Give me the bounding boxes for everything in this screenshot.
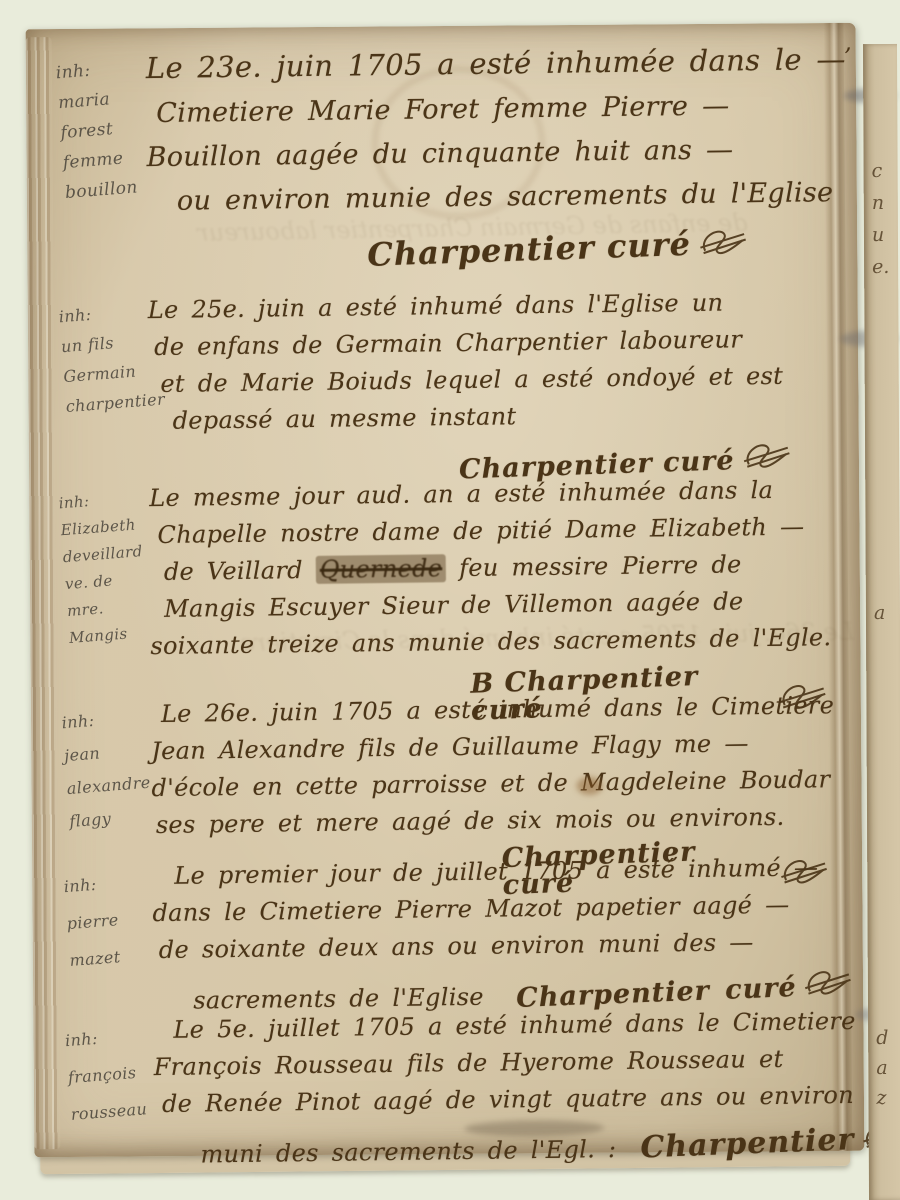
- margin-note: inh: jean alexandre flagy: [60, 699, 162, 838]
- margin-note: inh: un fils Germain charpentier: [58, 295, 159, 422]
- facing-page-text-fragment: a: [876, 1059, 887, 1078]
- entry-line: Jean Alexandre fils de Guillaume Flagy m…: [151, 730, 827, 763]
- facing-page-text-fragment: d: [876, 1029, 888, 1048]
- entry-line: et de Marie Boiuds lequel a esté ondoyé …: [148, 363, 824, 396]
- paraph-flourish-icon: [740, 439, 790, 477]
- entry-line: ses pere et mere aagé de six mois ou env…: [152, 804, 828, 837]
- entry-line: Le 23e. juin 1705 a esté inhumée dans le…: [146, 45, 822, 83]
- entry-line: de enfans de Germain Charpentier laboure…: [148, 326, 824, 359]
- entry-line-fragment: feu messire Pierre de: [446, 550, 742, 582]
- margin-note: inh: françois rousseau: [64, 1015, 164, 1133]
- facing-page-text-fragment: n: [872, 194, 884, 213]
- paraph-flourish-icon: [697, 226, 747, 264]
- photo-backdrop: { "document": { "type": "handwritten par…: [0, 0, 900, 1200]
- entry-text: Le 5e. juillet 1705 a esté inhumé dans l…: [153, 1011, 830, 1165]
- entry-line: depassé au mesme instant: [149, 400, 825, 433]
- entry-line: Le 25e. juin a esté inhumé dans l'Eglise…: [148, 289, 824, 322]
- burial-entry-elizabeth-de-veillard: inh: Elizabeth deveillard ve. de mre. Ma…: [49, 479, 827, 724]
- cure-signature: Charpentier: [640, 1125, 855, 1163]
- margin-note: inh: Elizabeth deveillard ve. de mre. Ma…: [58, 483, 162, 652]
- entry-line: Mangis Escuyer Sieur de Villemon aagée d…: [150, 588, 826, 621]
- facing-page-edge: c n u e. a d a z: [863, 44, 900, 1200]
- entry-line: Bouillon aagée du cinquante huit ans —: [146, 135, 822, 171]
- facing-page-text-fragment: a: [874, 604, 885, 623]
- struck-out-word: Quernede: [316, 554, 447, 584]
- burial-entry-francois-rousseau: inh: françois rousseau Le 5e. juillet 17…: [53, 1011, 830, 1179]
- entry-text: Le mesme jour aud. an a esté inhumée dan…: [149, 479, 827, 723]
- facing-page-text-fragment: c: [872, 162, 883, 181]
- entry-line-fragment: de Veillard: [164, 556, 316, 586]
- entry-line: d'école en cette parroisse et de Magdele…: [151, 767, 827, 800]
- entry-line: sacrements de l'Eglise Charpentier curé: [153, 966, 829, 1013]
- facing-page-text-fragment: z: [876, 1089, 886, 1108]
- entry-line: ou environ munie des sacrements du l'Egl…: [147, 179, 823, 215]
- entry-line: Le premier jour de juillet 1705 a esté i…: [152, 855, 828, 888]
- signature-row: Charpentier curé: [367, 225, 823, 267]
- entry-line: de soixante deux ans ou environ muni des…: [153, 929, 829, 962]
- entry-line: dans le Cimetiere Pierre Mazot papetier …: [152, 892, 828, 925]
- ink-smudge: [576, 777, 602, 795]
- cure-signature: Charpentier curé: [367, 228, 691, 271]
- burial-entry-enfant-charpentier: inh: un fils Germain charpentier Le 25e.…: [48, 291, 825, 483]
- burial-entry-pierre-mazot: inh: pierre mazet Le premier jour de jui…: [52, 857, 829, 1025]
- margin-note: inh: pierre mazet: [62, 861, 162, 979]
- manuscript-page: ’ de enfans de Germain Charpentier labou…: [26, 23, 865, 1157]
- entry-line: Le 26e. juin 1705 a esté inhumé dans le …: [151, 693, 827, 726]
- entry-line: François Rousseau fils de Hyerome Rousse…: [154, 1046, 830, 1079]
- facing-page-text-fragment: u: [872, 226, 884, 245]
- entry-line-fragment: sacrements de l'Eglise: [193, 985, 484, 1013]
- entry-text: Le 23e. juin 1705 a esté inhumée dans le…: [146, 47, 824, 268]
- entry-line: Chapelle nostre dame de pitié Dame Eliza…: [149, 514, 825, 547]
- cure-signature: Charpentier curé: [515, 974, 796, 1012]
- entry-line: de Renée Pinot aagé de vingt quatre ans …: [154, 1083, 830, 1116]
- facing-page-text-fragment: e.: [872, 258, 889, 277]
- entry-line: Le mesme jour aud. an a esté inhumée dan…: [149, 477, 825, 510]
- entry-line: Cimetiere Marie Foret femme Pierre —: [146, 91, 822, 127]
- entry-line: soixante treize ans munie des sacrements…: [150, 625, 826, 658]
- paraph-flourish-icon: [802, 966, 852, 1005]
- margin-note: inh: maria forest femme bouillon: [55, 51, 158, 208]
- entry-text: Le premier jour de juillet 1705 a esté i…: [152, 857, 829, 1011]
- burial-entry-marie-forest: inh: maria forest femme bouillon Le 23e.…: [46, 47, 824, 269]
- entry-line: de Veillard Quernede feu messire Pierre …: [150, 551, 826, 584]
- entry-line: Le 5e. juillet 1705 a esté inhumé dans l…: [153, 1009, 829, 1042]
- signature-row: Charpentier curé: [459, 439, 825, 480]
- entry-line-fragment: muni des sacrements de l'Egl. :: [200, 1137, 616, 1166]
- entry-text: Le 25e. juin a esté inhumé dans l'Eglise…: [148, 291, 825, 482]
